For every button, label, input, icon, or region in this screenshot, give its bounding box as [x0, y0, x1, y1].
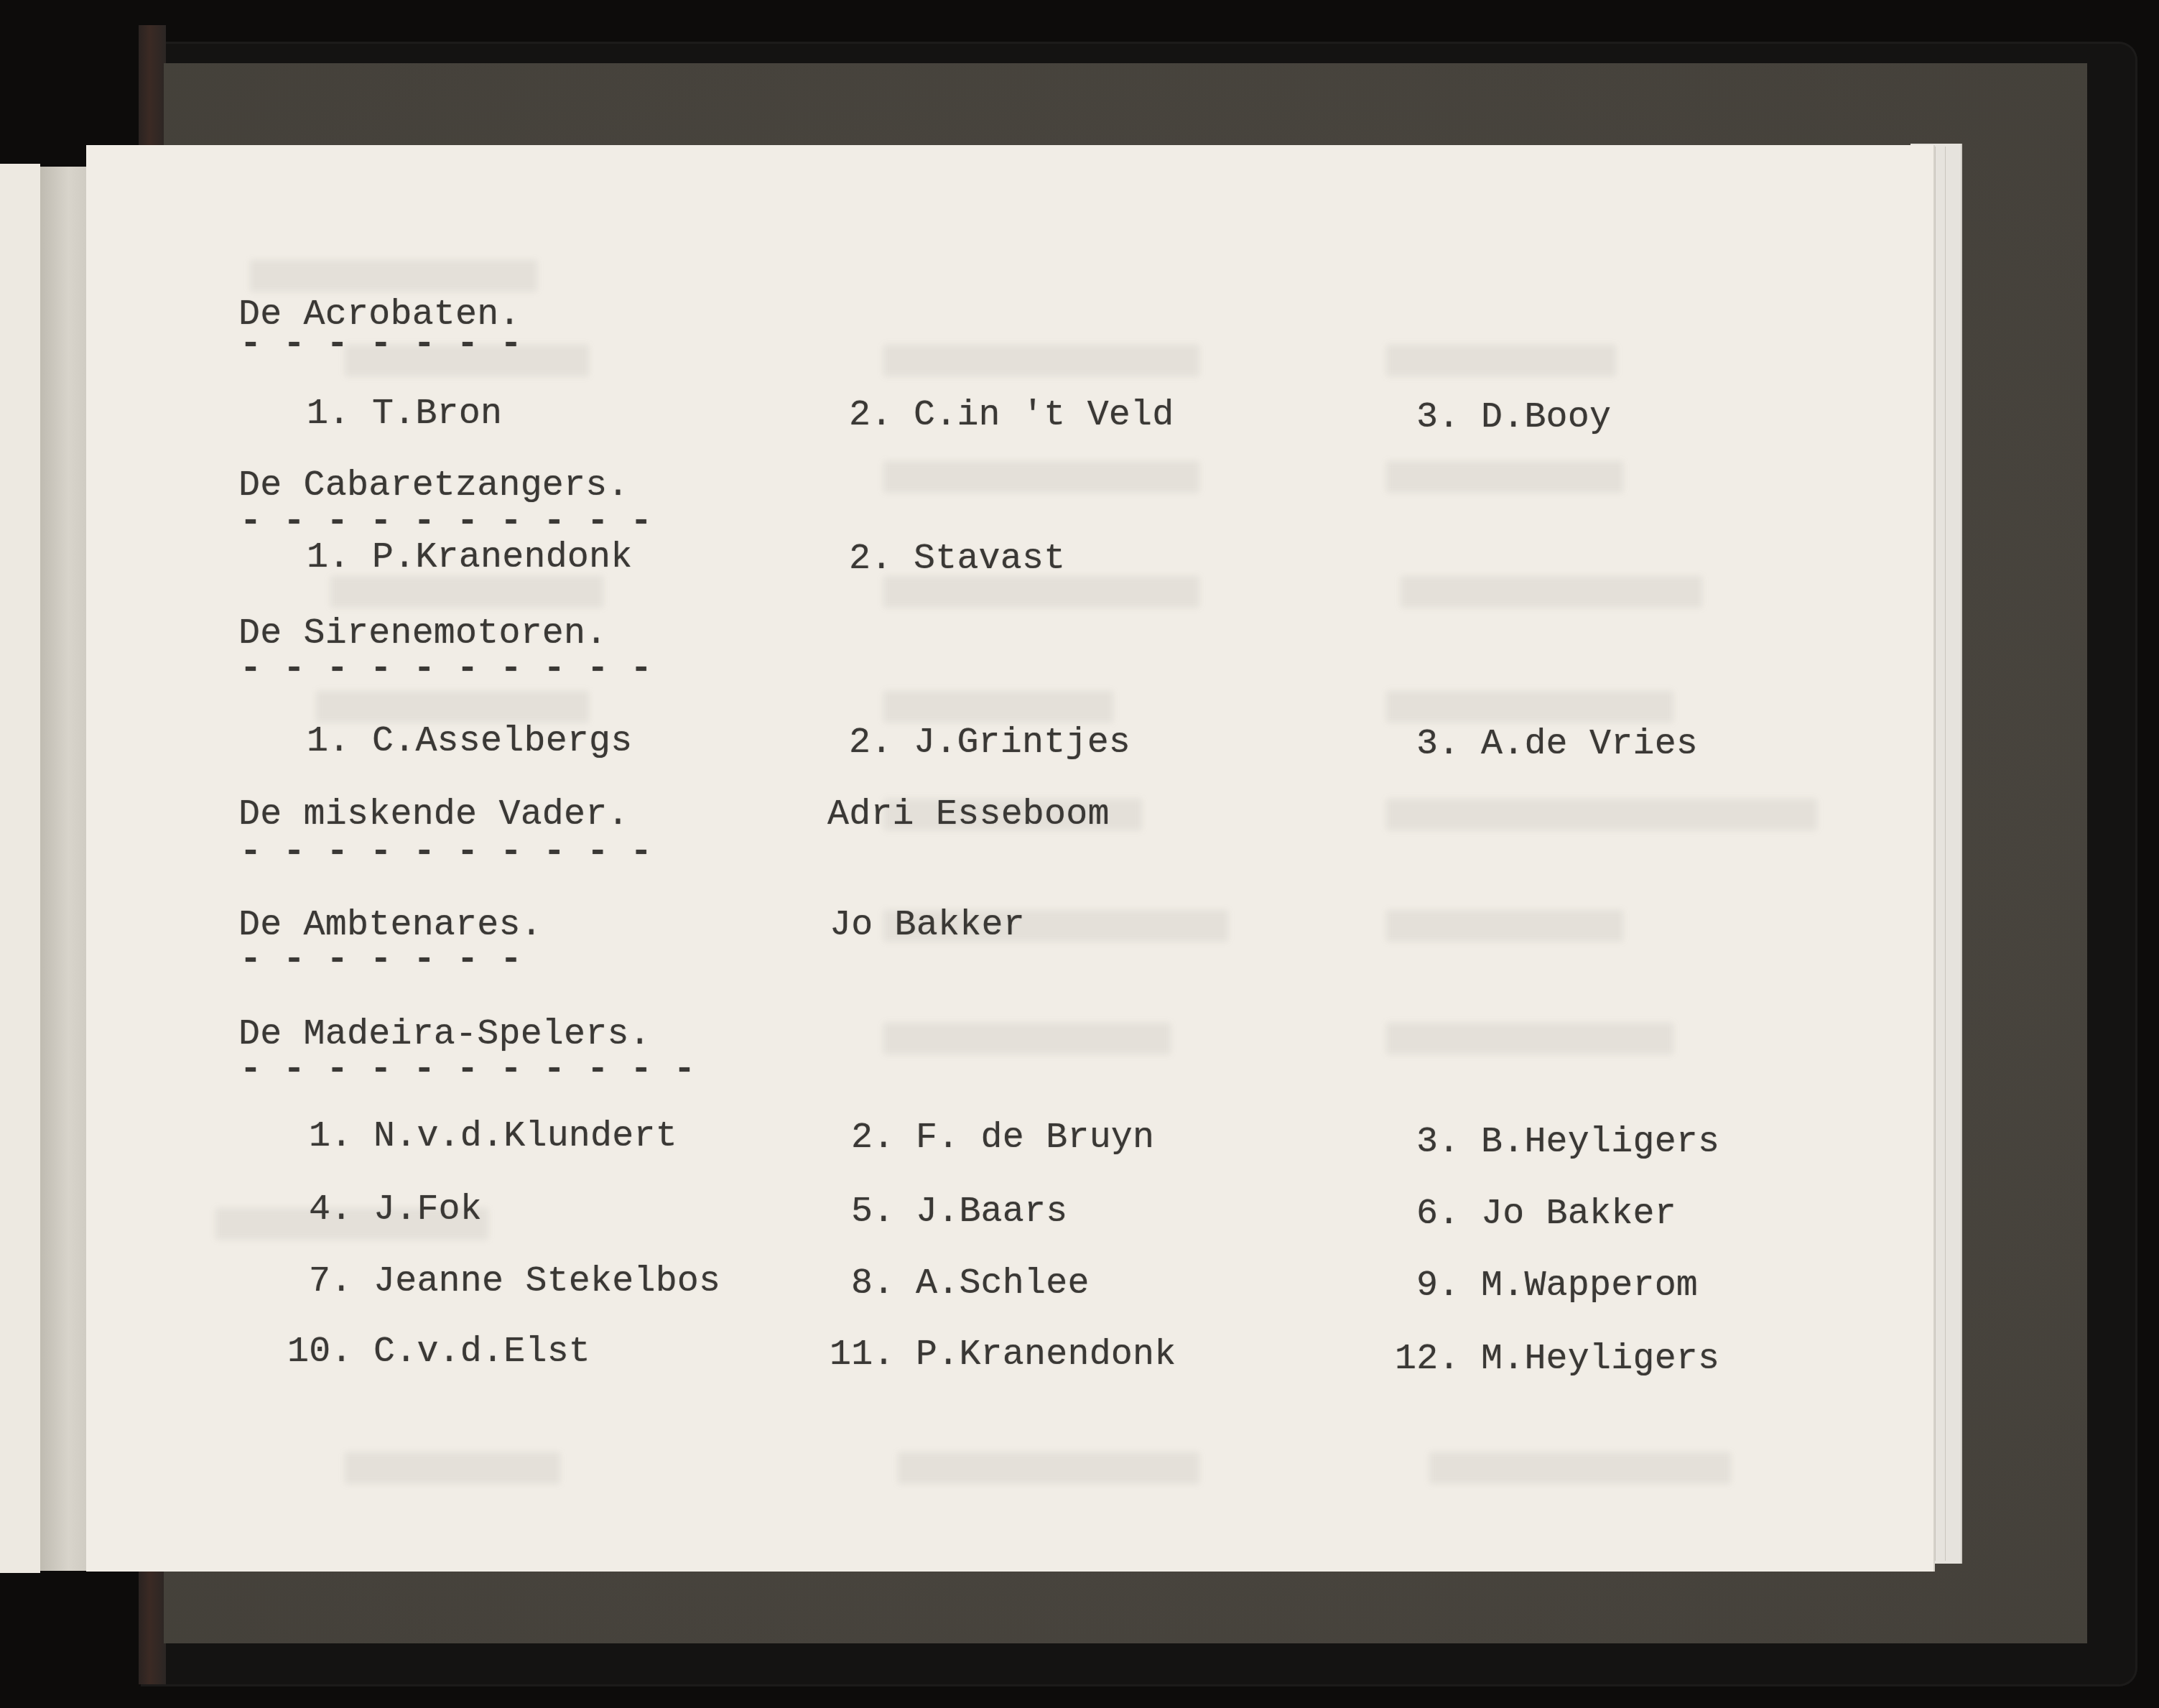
show-through-text: [883, 1023, 1171, 1054]
heading-underline: - - - - - - - - - -: [240, 515, 652, 529]
show-through-text: [330, 576, 603, 608]
show-through-text: [1386, 691, 1673, 723]
performer-name: Adri Esseboom: [827, 797, 1110, 833]
member-name: Jeanne Stekelbos: [373, 1264, 720, 1300]
show-through-text: [883, 461, 1199, 493]
section-heading-cabaretzangers: De Cabaretzangers.: [238, 468, 629, 504]
member-name: B.Heyligers: [1481, 1125, 1719, 1161]
show-through-text: [316, 691, 589, 723]
member-number: 2.: [849, 542, 892, 577]
show-through-text: [1386, 461, 1623, 493]
section-heading-ambtenares: De Ambtenares.: [238, 908, 542, 944]
left-page-edge: [0, 164, 40, 1573]
member-name: P.Kranendonk: [372, 540, 632, 576]
member-name: F. de Bruyn: [916, 1120, 1154, 1156]
member-number: 3.: [1416, 727, 1459, 763]
show-through-text: [883, 345, 1199, 376]
member-number: 5.: [851, 1194, 894, 1230]
member-number: 1.: [307, 396, 350, 432]
performer-name: Jo Bakker: [830, 908, 1025, 944]
heading-underline: - - - - - - - - - -: [240, 845, 652, 860]
member-number: 1.: [307, 724, 350, 760]
show-through-text: [1386, 345, 1616, 376]
heading-underline: - - - - - - -: [240, 953, 522, 967]
show-through-text: [1386, 1023, 1673, 1054]
member-name: C.in 't Veld: [914, 398, 1174, 434]
member-name: N.v.d.Klundert: [373, 1119, 677, 1155]
member-name: Stavast: [914, 542, 1065, 577]
section-heading-sirenemotoren: De Sirenemotoren.: [238, 616, 607, 652]
member-number: 7.: [309, 1264, 352, 1300]
show-through-text: [1401, 576, 1702, 608]
show-through-text: [250, 260, 537, 292]
show-through-text: [345, 1452, 560, 1484]
member-number: 9.: [1416, 1268, 1459, 1304]
member-number: 11.: [830, 1337, 895, 1373]
heading-underline: - - - - - - - - - -: [240, 662, 652, 677]
member-name: D.Booy: [1481, 400, 1611, 436]
show-through-text: [898, 1452, 1199, 1484]
member-name: A.Schlee: [916, 1266, 1090, 1302]
member-number: 2.: [849, 725, 892, 761]
member-name: J.Fok: [373, 1192, 482, 1228]
member-number: 2.: [849, 398, 892, 434]
member-name: A.de Vries: [1481, 727, 1698, 763]
member-name: C.v.d.Elst: [373, 1335, 590, 1370]
member-number: 1.: [307, 540, 350, 576]
member-number: 3.: [1416, 400, 1459, 436]
heading-underline: - - - - - - - - - - -: [240, 1063, 695, 1077]
member-number: 8.: [851, 1266, 894, 1302]
page-gutter-shadow: [40, 167, 88, 1571]
heading-underline: - - - - - - -: [240, 338, 522, 352]
member-number: 10.: [287, 1335, 353, 1370]
show-through-text: [1386, 799, 1817, 830]
member-name: J.Baars: [916, 1194, 1067, 1230]
typewritten-page: De Acrobaten. - - - - - - - 1. T.Bron 2.…: [86, 145, 1933, 1572]
member-name: C.Asselbergs: [372, 724, 632, 760]
member-number: 2.: [851, 1120, 894, 1156]
member-name: Jo Bakker: [1481, 1197, 1676, 1233]
show-through-text: [1429, 1452, 1731, 1484]
member-number: 4.: [309, 1192, 352, 1228]
member-number: 12.: [1395, 1342, 1460, 1378]
member-name: T.Bron: [372, 396, 502, 432]
member-name: J.Grintjes: [914, 725, 1130, 761]
member-name: P.Kranendonk: [916, 1337, 1176, 1373]
member-name: M.Wapperom: [1481, 1268, 1698, 1304]
section-heading-miskende-vader: De miskende Vader.: [238, 797, 629, 833]
member-number: 1.: [309, 1119, 352, 1155]
show-through-text: [883, 576, 1199, 608]
show-through-text: [1386, 910, 1623, 942]
section-heading-madeira-spelers: De Madeira-Spelers.: [238, 1017, 651, 1053]
member-number: 6.: [1416, 1197, 1459, 1233]
member-name: M.Heyligers: [1481, 1342, 1719, 1378]
member-number: 3.: [1416, 1125, 1459, 1161]
show-through-text: [883, 691, 1113, 723]
